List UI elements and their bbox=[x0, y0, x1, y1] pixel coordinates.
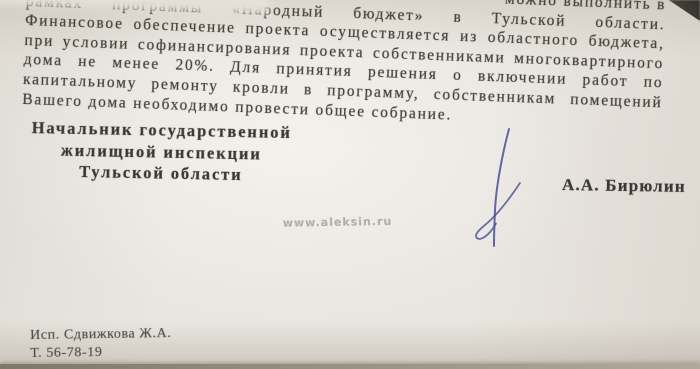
executor-name: Исп. Сдвижкова Ж.А. bbox=[30, 325, 172, 344]
photo-corner-shadow bbox=[666, 0, 700, 21]
body-paragraph: можно выполнить в рамках программы «Наро… bbox=[22, 0, 667, 133]
signature-ink-icon bbox=[447, 120, 547, 255]
watermark-text: www.aleksin.ru bbox=[283, 215, 393, 230]
executor-phone: Т. 56-78-19 bbox=[30, 343, 172, 362]
executor-block: Исп. Сдвижкова Ж.А. Т. 56-78-19 bbox=[30, 325, 172, 362]
signer-name: А.А. Бирюлин bbox=[562, 175, 686, 197]
letter-photo: можно выполнить в рамках программы «Наро… bbox=[0, 0, 700, 369]
paper-edge-strip bbox=[0, 364, 700, 369]
signer-title-block: Начальник государственной жилищной инспе… bbox=[27, 117, 296, 187]
